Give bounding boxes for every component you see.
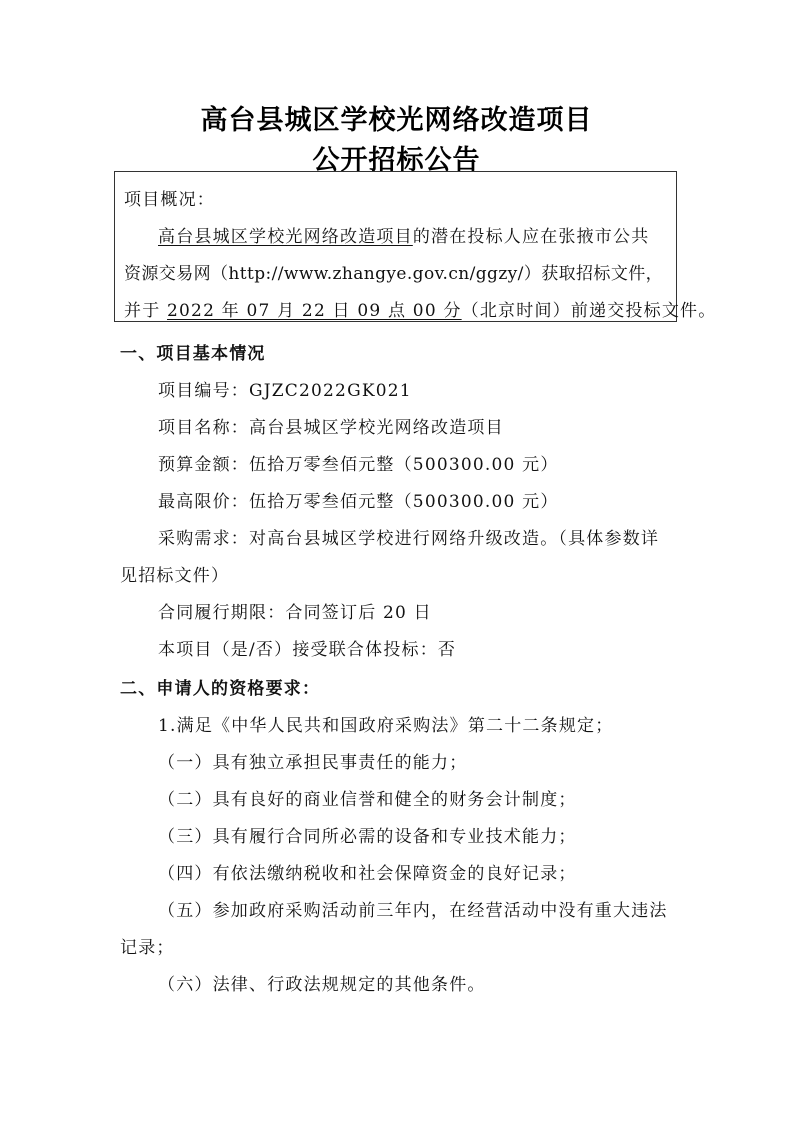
project-name-link: 高台县城区学校光网络改造项目 bbox=[158, 227, 413, 247]
requirement-1-d: （四）有依法缴纳税收和社会保障资金的良好记录； bbox=[158, 859, 577, 884]
requirement-1-e: （五）参加政府采购活动前三年内，在经营活动中没有重大违法 bbox=[158, 896, 668, 921]
requirement-1-c: （三）具有履行合同所必需的设备和专业技术能力； bbox=[158, 822, 577, 847]
project-number: 项目编号：GJZC2022GK021 bbox=[158, 376, 412, 401]
budget-amount: 预算金额：伍拾万零叁佰元整（500300.00 元） bbox=[158, 450, 559, 475]
section-2-heading: 二、申请人的资格要求： bbox=[120, 674, 320, 699]
requirement-1-a: （一）具有独立承担民事责任的能力； bbox=[158, 748, 467, 773]
procurement-requirement: 采购需求：对高台县城区学校进行网络升级改造。（具体参数详 bbox=[158, 524, 659, 549]
summary-line-3-suffix: （北京时间）前递交投标文件。 bbox=[462, 301, 717, 321]
section-1-heading: 一、项目基本情况 bbox=[120, 339, 266, 364]
requirement-1: 1.满足《中华人民共和国政府采购法》第二十二条规定； bbox=[158, 711, 613, 736]
summary-line-3: 并于 2022 年 07 月 22 日 09 点 00 分（北京时间）前递交投标… bbox=[124, 296, 716, 321]
project-name: 项目名称：高台县城区学校光网络改造项目 bbox=[158, 413, 504, 438]
requirement-1-e-cont: 记录； bbox=[120, 933, 175, 958]
summary-line-1-rest: 的潜在投标人应在张掖市公共 bbox=[413, 227, 650, 247]
procurement-requirement-cont: 见招标文件） bbox=[120, 561, 229, 586]
summary-line-3-prefix: 并于 bbox=[124, 301, 160, 321]
max-price: 最高限价：伍拾万零叁佰元整（500300.00 元） bbox=[158, 487, 559, 512]
submission-deadline: 2022 年 07 月 22 日 09 点 00 分 bbox=[167, 301, 462, 321]
consortium-bidding: 本项目（是/否）接受联合体投标：否 bbox=[158, 635, 456, 660]
summary-line-1: 高台县城区学校光网络改造项目的潜在投标人应在张掖市公共 bbox=[158, 222, 649, 247]
summary-line-2: 资源交易网（http://www.zhangye.gov.cn/ggzy/）获取… bbox=[124, 259, 663, 284]
document-title: 高台县城区学校光网络改造项目 bbox=[0, 98, 793, 137]
summary-label: 项目概况： bbox=[124, 185, 215, 210]
contract-period: 合同履行期限：合同签订后 20 日 bbox=[158, 598, 432, 623]
requirement-1-b: （二）具有良好的商业信誉和健全的财务会计制度； bbox=[158, 785, 577, 810]
requirement-1-f: （六）法律、行政法规规定的其他条件。 bbox=[158, 970, 486, 995]
